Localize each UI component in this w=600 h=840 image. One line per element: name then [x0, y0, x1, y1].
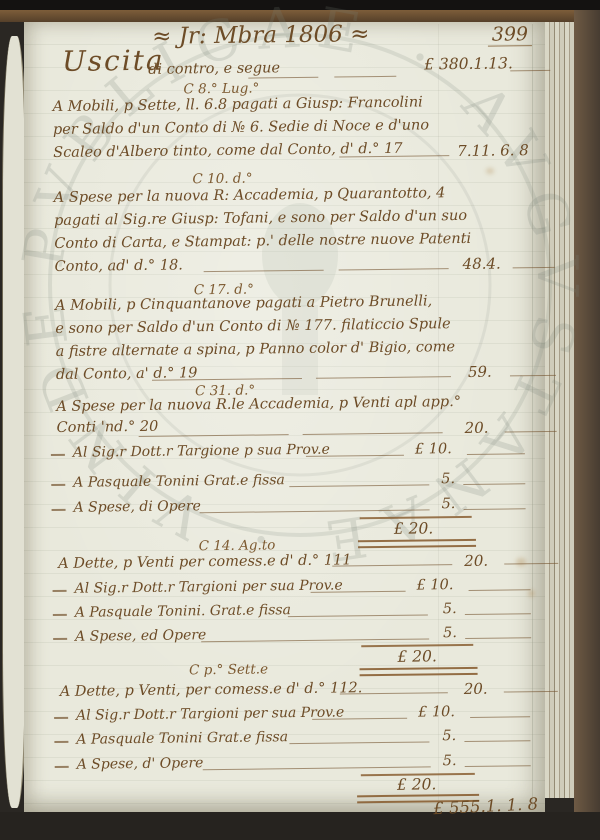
total-double-rule — [358, 539, 476, 548]
entry-line: Scaleo d'Albero tinto, come dal Conto, d… — [53, 141, 402, 161]
section-date-heading: C p.° Sett.e — [118, 661, 338, 680]
entry-line: Conto, ad' d.° 18. — [55, 257, 183, 275]
section-total: £ 20. — [394, 519, 434, 537]
leader-line — [465, 637, 531, 639]
section-total: £ 20. — [397, 775, 437, 793]
leader-line — [513, 267, 555, 269]
page-number: 399 — [488, 23, 533, 47]
entry-line: A Spese per la nuova R: Accademia, p Qua… — [54, 185, 446, 206]
item-dash — [53, 590, 67, 592]
subitem-label: Al Sig.r Dott.r Targioni per sua Prov.e — [74, 577, 342, 596]
leader-line — [203, 766, 431, 770]
leader-line — [470, 716, 530, 718]
leader-line — [289, 484, 429, 487]
entry-amount: 48.4. — [462, 255, 500, 273]
leader-line — [311, 591, 406, 593]
manuscript-scan: PVBLICAE · AVGVSTANAE · VINDELICAE · ≈ J… — [0, 0, 600, 840]
subitem-amount: 5. — [443, 601, 457, 617]
entry-line: A Dette, p Venti per comess.e d' d.° 111 — [58, 552, 352, 572]
leader-line — [303, 432, 443, 435]
leader-line — [504, 563, 558, 565]
entry-line: Conto di Carta, e Stampat: p.' delle nos… — [54, 231, 471, 252]
leader-line — [505, 431, 557, 433]
leader-line — [332, 564, 452, 566]
item-dash — [54, 717, 68, 719]
entry-line: A Mobili, p Sette, ll. 6.8 pagati a Gius… — [53, 94, 423, 115]
leader-line — [312, 718, 407, 720]
leader-line — [464, 740, 530, 742]
item-dash — [55, 766, 69, 768]
subitem-amount: 5. — [443, 753, 457, 769]
leader-line — [467, 453, 525, 455]
leader-line — [465, 613, 531, 615]
entry-line: A Mobili, p Cinquantanove pagati a Pietr… — [55, 293, 432, 314]
entry-line: Conti 'nd.° 20 — [56, 419, 158, 436]
entry-line: A Spese per la nuova R.le Accademia, p V… — [56, 394, 461, 415]
leader-line — [504, 691, 558, 693]
leader-line — [306, 455, 404, 457]
item-dash — [51, 454, 65, 456]
leader-line — [510, 70, 550, 71]
leader-line — [510, 375, 556, 377]
subitem-amount: £ 10. — [415, 441, 452, 457]
subitem-label: Al Sig.r Dott.r Targione p sua Prov.e — [73, 442, 330, 461]
leader-line — [289, 741, 429, 744]
leader-line — [204, 270, 324, 272]
leader-line — [316, 376, 451, 379]
leader-line — [248, 77, 318, 79]
entry-line: e sono per Saldo d'un Conto di № 177. fi… — [55, 316, 450, 337]
item-dash — [54, 741, 68, 743]
entry-line: per Saldo d'un Conto di № 6. Sedie di No… — [53, 117, 429, 138]
subitem-amount: 5. — [441, 471, 455, 487]
leader-line — [339, 155, 449, 157]
carried-forward-amount: £ 380.1.13. — [424, 54, 513, 73]
carried-forward-label: di contro, e segue — [148, 60, 280, 78]
leader-line — [463, 483, 525, 485]
leader-line — [201, 638, 429, 642]
subitem-amount: 5. — [441, 496, 455, 512]
leader-line — [334, 76, 396, 78]
subitem-amount: £ 10. — [416, 577, 453, 593]
subitem-label: A Spese, ed Opere — [75, 627, 206, 645]
leader-line — [340, 692, 448, 694]
entry-amount: 20. — [464, 680, 488, 698]
entry-amount: 20. — [464, 419, 488, 437]
section-total: £ 20. — [397, 647, 437, 665]
page-grand-total: £ 555.1. 1. 8 — [433, 794, 539, 818]
leader-line — [469, 589, 531, 591]
total-double-rule — [360, 667, 478, 676]
subitem-label: A Spese, d' Opere — [77, 755, 204, 773]
subitem-label: A Pasquale Tonini Grat.e fissa — [73, 472, 285, 491]
leader-line — [465, 765, 531, 767]
entry-amount: 20. — [464, 552, 488, 570]
entry-line: A Dette, p Venti, per comess.e d' d.° 11… — [60, 680, 363, 700]
leader-line — [464, 508, 526, 510]
subitem-label: A Spese, di Opere — [73, 498, 201, 516]
subitem-label: A Pasquale Tonini Grat.e fissa — [76, 729, 288, 748]
item-dash — [53, 614, 67, 616]
handwritten-content: ≈ Jr: Mbra 1806 ≈ 399 Uscita di contro, … — [0, 0, 600, 840]
subitem-amount: £ 10. — [418, 704, 455, 720]
leader-line — [288, 614, 428, 617]
subitem-label: A Pasquale Tonini. Grat.e fissa — [75, 602, 291, 621]
leader-line — [139, 434, 289, 437]
entry-amount: 7.11. 6. 8 — [457, 141, 529, 160]
section-date-heading: C 10. d.° — [122, 170, 322, 188]
entry-amount: 59. — [468, 363, 492, 381]
leader-line — [200, 509, 430, 513]
entry-line: pagati al Sig.re Giusp: Tofani, e sono p… — [54, 208, 467, 229]
subitem-amount: 5. — [442, 728, 456, 744]
item-dash — [53, 638, 67, 640]
subitem-amount: 5. — [443, 625, 457, 641]
leader-line — [339, 268, 449, 270]
entry-line: a fistre alternate a spina, p Panno colo… — [56, 339, 456, 360]
subitem-label: Al Sig.r Dott.r Targioni per sua Prov.e — [76, 704, 344, 723]
item-dash — [51, 484, 65, 486]
item-dash — [52, 509, 66, 511]
